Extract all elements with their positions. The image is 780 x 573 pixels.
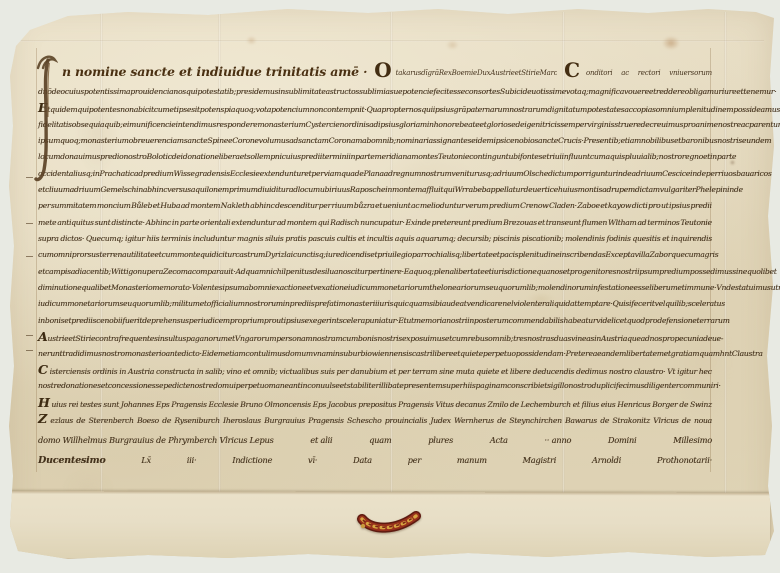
manuscript-line: etcampisadiacentib;WittigonuperaZecomaco… [38,264,712,280]
charter-text-block: n nomine sancte et indiuidue trinitatis … [38,50,712,468]
manuscript-line: diminutionequalibetMonasteriomemorato·Vo… [38,280,712,296]
line-segment: Indictione [232,452,272,468]
margin-collation-dash [26,335,33,336]
margin-collation-dash [26,223,33,224]
manuscript-line: ZezlausdeSterenberchBoesodeRyseniburchIh… [38,411,712,427]
witness-list-line: domo Willhelmus Burgrauius de Phrymberch… [38,432,712,448]
manuscript-line: dnōdeocuiuspotentissimaprouidencianosqui… [38,84,712,100]
enlarged-initial: Z [38,411,47,427]
invocation-text: n nomine sancte et indiuidue trinitatis … [62,65,367,79]
cord-fringe [361,524,365,528]
dating-clause-line: DucentesimoLx̄iii·Indictionevī·Dataperma… [38,452,712,468]
parchment-stain [662,36,680,50]
parchment-stain [246,36,257,45]
line-segment: manum [457,452,487,468]
initial-c: C [564,61,580,79]
line-segment: Arnoldi [592,452,621,468]
manuscript-line: meteantiquitussuntdistincte·Abhincinpart… [38,215,712,231]
intitulatio-text: takarusdīgrāRexBoemieDuxAustrieetStirieM… [396,68,557,79]
initial-o: O [374,61,391,79]
line-segment: iii· [187,452,197,468]
manuscript-line: CisterciensisordinisinAustriaconstructai… [38,362,712,378]
seal-cord-remnant [356,506,422,536]
manuscript-line: occidentaliusq;inPrachaticadprediumWisse… [38,166,712,182]
manuscript-line: ipsumquoq;monasteriumobreuerenciamsancte… [38,133,712,149]
manuscript-line: supradictos·Quecumq;igiturhiisterminisin… [38,231,712,247]
manuscript-line: inbonisetprediiscenobiifueritdeprehensus… [38,313,712,329]
parchment-stain [446,40,459,50]
margin-collation-dash [26,177,33,178]
line-segment: Millesimo [673,432,712,448]
manuscript-line: nerunttradidimusnostromonasterioantedict… [38,346,712,362]
manuscript-line: cumomniprorsusterrenautilitateetcummonte… [38,247,712,263]
enlarged-initial: C [38,362,48,378]
photo-backdrop: n nomine sancte et indiuidue trinitatis … [0,0,780,573]
fold-crease [18,40,764,42]
line-segment: Ducentesimo [38,453,105,469]
manuscript-line: etcliuumadriuumGemelschinabhincversusaqu… [38,182,712,198]
line-segment: Prothonotarii· [657,452,712,468]
line-segment: ·· anno [544,432,571,448]
enlarged-initial: A [38,329,47,345]
body-text-lines: dnōdeocuiuspotentissimaprouidencianosqui… [38,84,712,427]
arenga-start-text: onditoriacrectorivniuersorum [586,68,712,79]
heading-line: n nomine sancte et indiuidue trinitatis … [38,50,712,84]
line-segment: plures [428,432,453,448]
manuscript-line: HuiusreitestessuntJohannesEpsPragensisEc… [38,395,712,411]
manuscript-line: iudicummonetariorumseuquorumlib;militume… [38,296,712,312]
line-segment: Domini [608,432,637,448]
manuscript-line: nostredonationesetconcessionessepedicten… [38,378,712,394]
manuscript-line: locumdonauimuspredionostroBoloticdeidona… [38,149,712,165]
manuscript-line: AustrieetStiriecontrafrequentesinsultusp… [38,329,712,345]
manuscript-line: Etquidemquipotentesnonabicitcumetipsesit… [38,100,712,116]
enlarged-initial: H [38,395,50,411]
line-segment: per [408,452,421,468]
manuscript-line: fidelitatisobsequiaquib;eimunificenciein… [38,117,712,133]
line-segment: quam [369,432,391,448]
line-segment: Data [353,452,372,468]
manuscript-line: persummitatemmonciumBůlebetHubaadmontemN… [38,198,712,214]
line-segment: Magistri [523,452,557,468]
line-segment: Lx̄ [141,452,151,468]
margin-collation-dash [26,256,33,257]
margin-collation-dash [26,350,33,351]
line-segment: Acta [490,432,508,448]
line-segment: domo Willhelmus Burgrauius de Phrymberch… [38,432,274,448]
line-segment: vī· [308,452,317,468]
line-segment: et alii [310,432,332,448]
illuminated-initial-i [34,51,58,183]
